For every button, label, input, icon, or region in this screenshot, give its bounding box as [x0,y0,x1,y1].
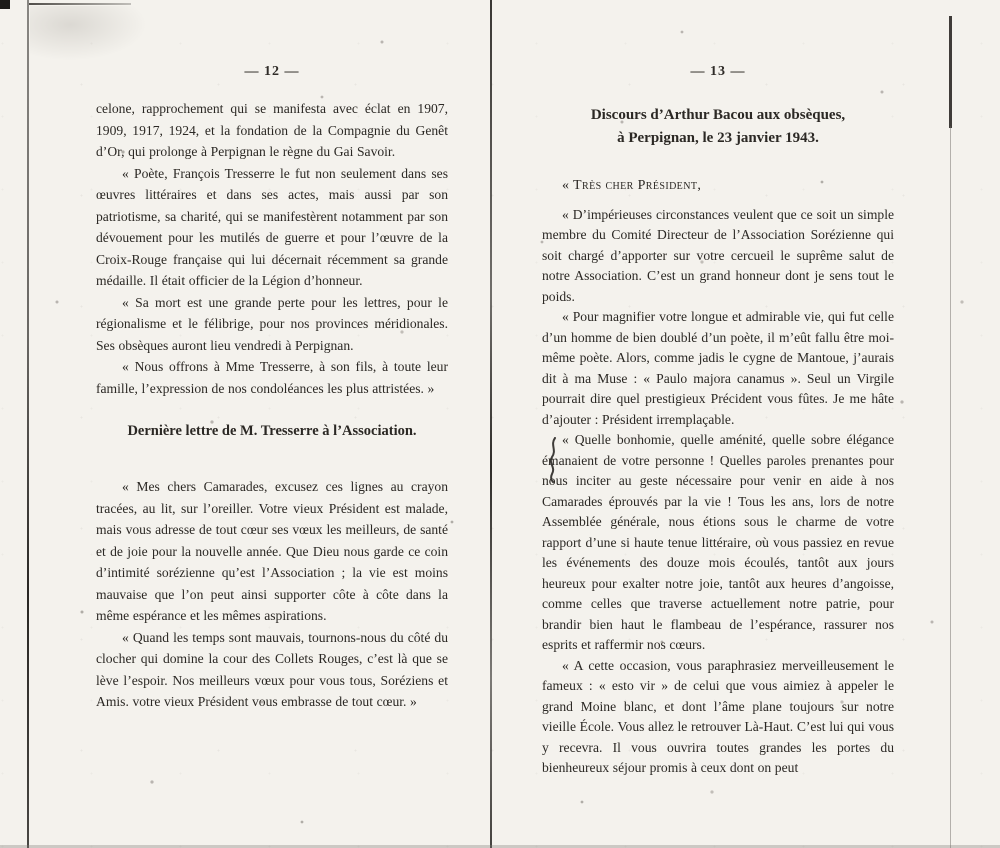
scan-smudge [30,6,145,60]
book-scan: — 12 — celone, rapprochement qui se mani… [0,0,1000,848]
paragraph: « Mes chers Camarades, excusez ces ligne… [96,476,448,627]
paragraph: « Sa mort est une grande perte pour les … [96,292,448,357]
salutation-line: « Très cher Président, [542,176,894,197]
speech-heading-line2: à Perpignan, le 23 janvier 1943. [542,127,894,150]
left-page-edge-line [27,0,29,848]
right-page-edge-line [950,126,951,848]
paragraph: « Quand les temps sont mauvais, tournons… [96,627,448,713]
paragraph: « D’impérieuses circonstances veulent qu… [542,205,894,308]
right-page-edge-dark [949,16,952,128]
paragraph: « Pour magnifier votre longue et admirab… [542,307,894,430]
speech-heading: Discours d’Arthur Bacou aux obsèques, à … [542,104,894,150]
paragraph: « Nous offrons à Mme Tresserre, à son fi… [96,356,448,399]
paragraph: « Poète, François Tresserre le fut non s… [96,163,448,292]
paragraph: celone, rapprochement qui se manifesta a… [96,98,448,163]
paragraph: « Quelle bonhomie, quelle aménité, quell… [542,430,894,656]
paper-speckles [0,0,2,2]
section-heading: Dernière lettre de M. Tresserre à l’Asso… [96,423,448,440]
left-page: — 12 — celone, rapprochement qui se mani… [96,64,448,713]
book-gutter-line [490,0,492,848]
paragraph: « A cette occasion, vous paraphrasiez me… [542,656,894,779]
page-number: — 12 — [96,64,448,80]
top-edge-rule [29,3,131,5]
speech-heading-line1: Discours d’Arthur Bacou aux obsèques, [542,104,894,127]
right-page: — 13 — Discours d’Arthur Bacou aux obsèq… [542,64,894,779]
page-number: — 13 — [542,64,894,80]
